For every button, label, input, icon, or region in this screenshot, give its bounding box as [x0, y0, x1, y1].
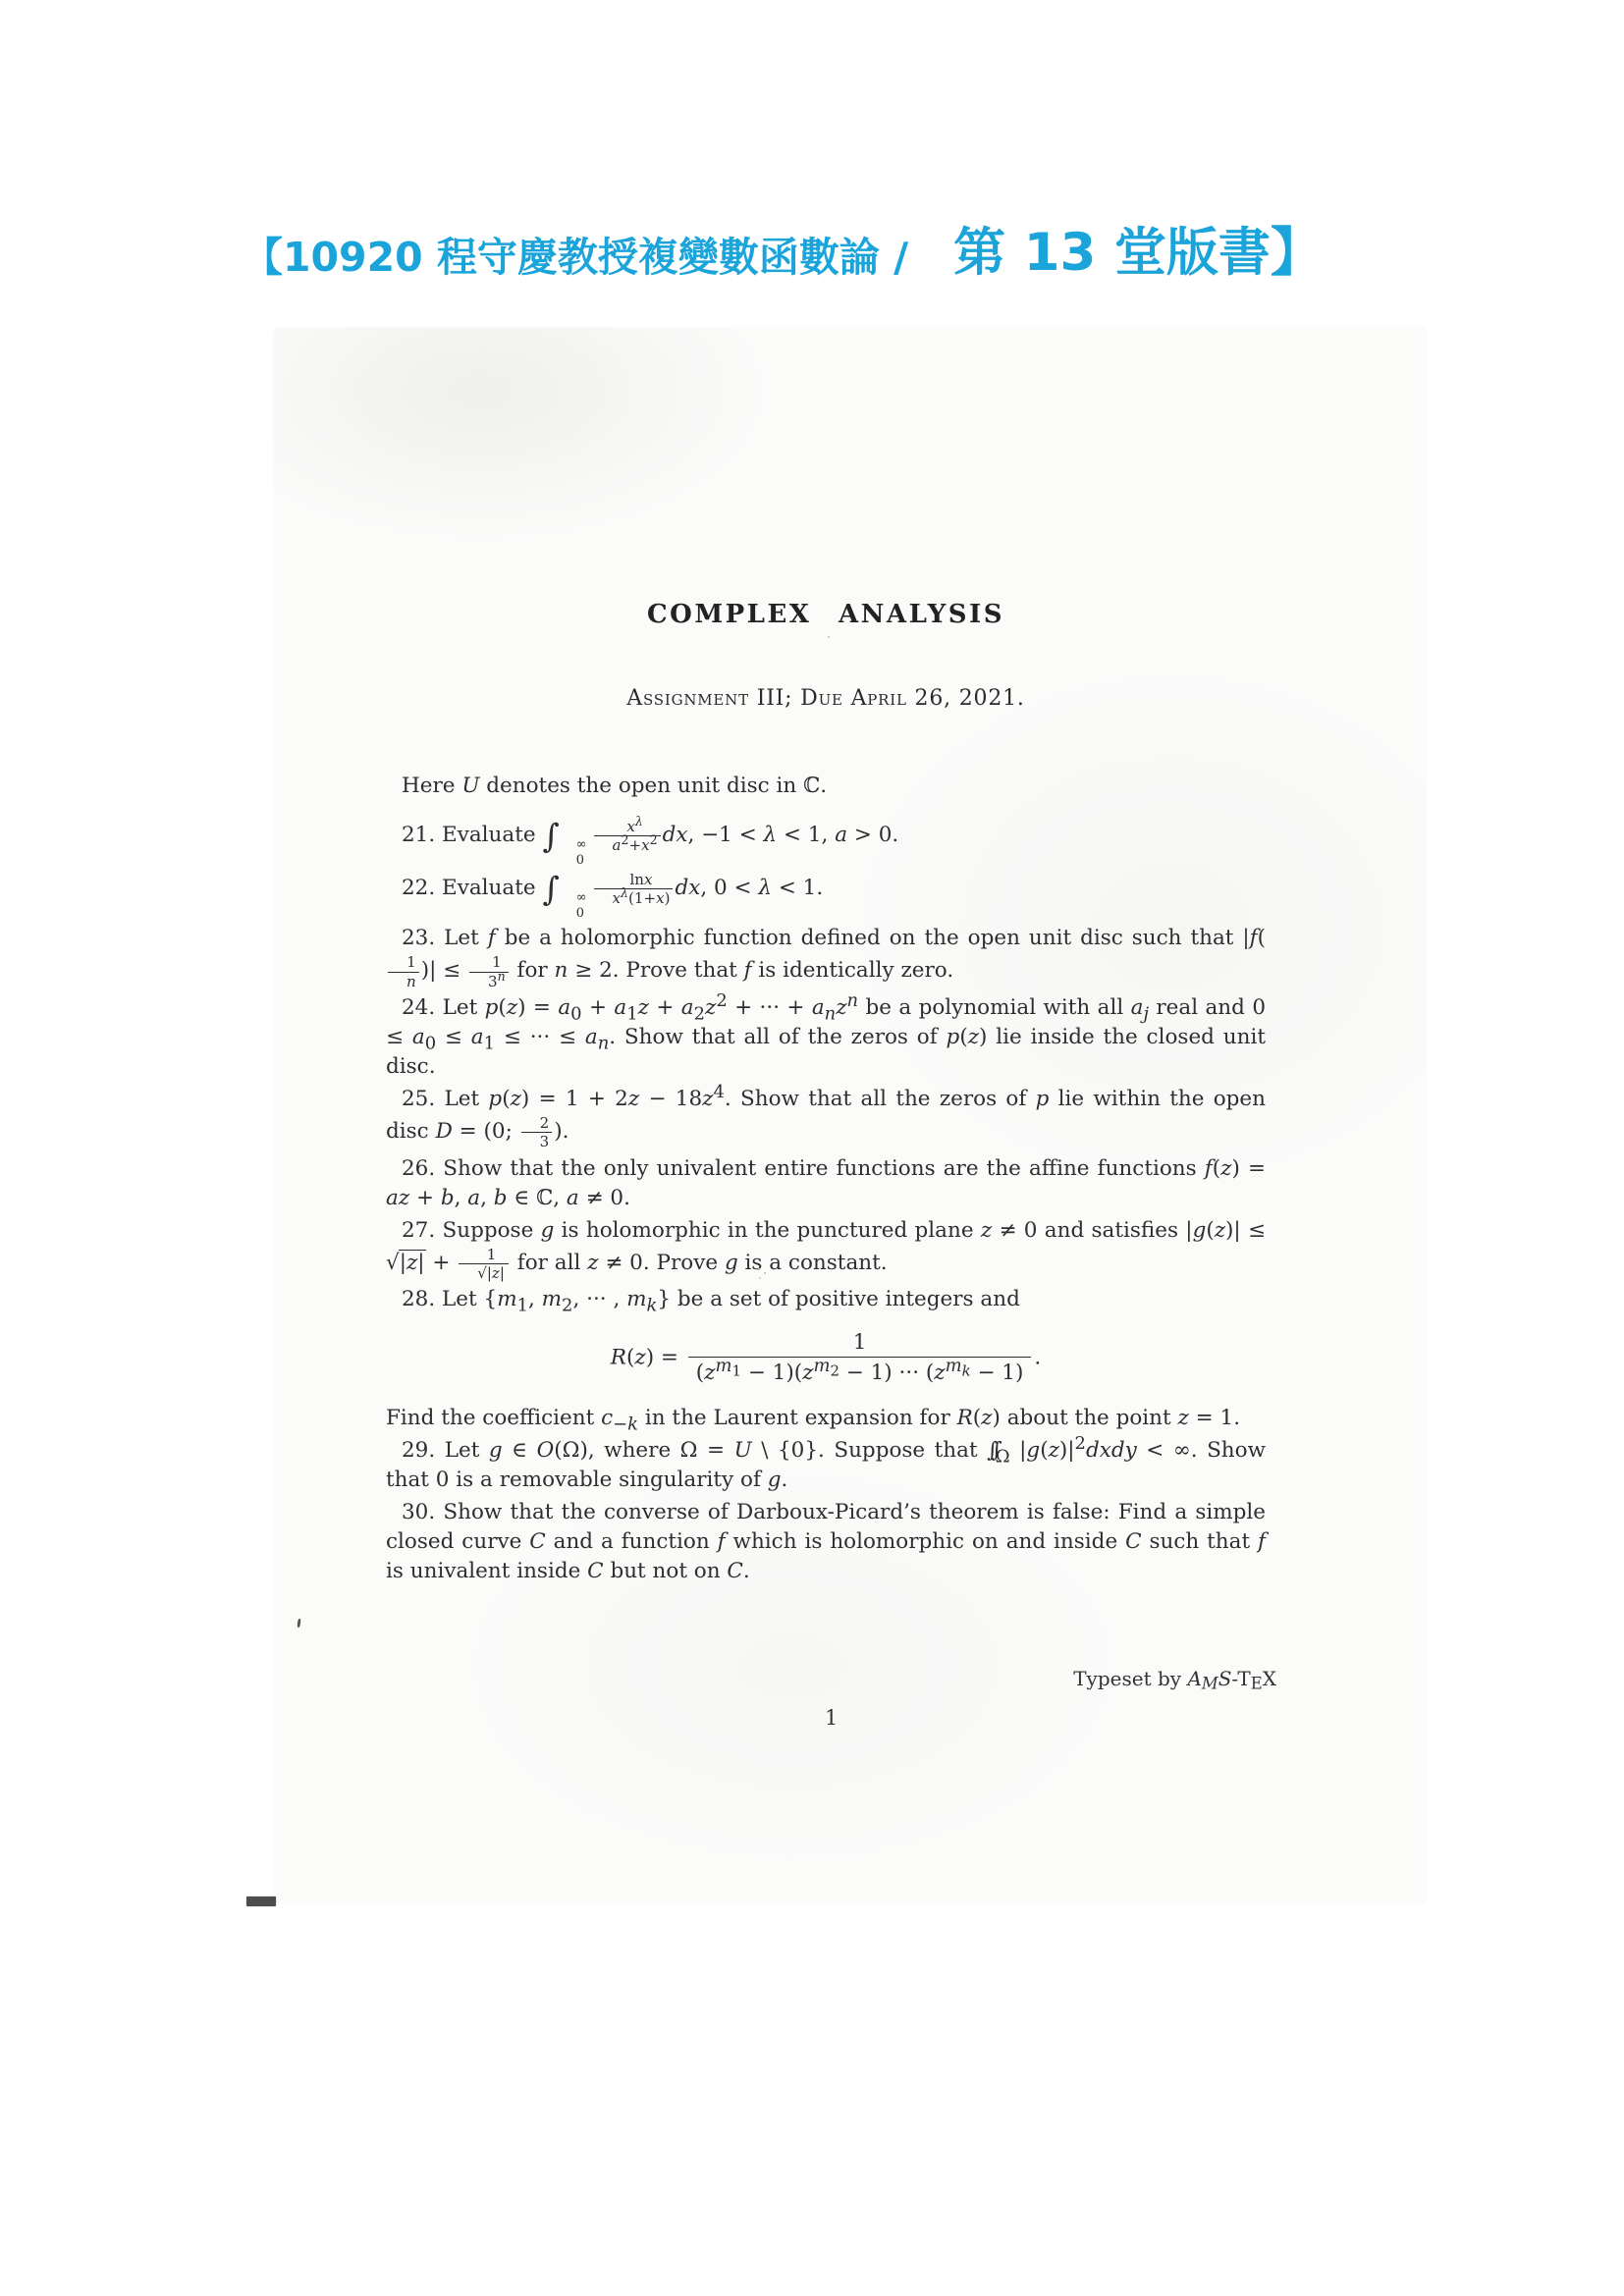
laurent-coefficient-line: Find the coefficient c−k in the Laurent … [386, 1404, 1266, 1433]
problem-23: 23. Let f be a holomorphic function defi… [386, 924, 1266, 990]
problem-22: 22. Evaluate ∫∞0lnxxλ(1+x)dx, 0 < λ < 1. [386, 871, 1266, 921]
page-number: 1 [825, 1706, 838, 1730]
scan-artifact-smudge [758, 1268, 760, 1270]
scan-artifact-smudge [828, 636, 830, 638]
document-title: COMPLEX ANALYSIS [386, 602, 1266, 627]
course-header-session: 第 13 堂版書】 [953, 227, 1323, 279]
problem-29: 29. Let g ∈ O(Ω), where Ω = U \ {0}. Sup… [386, 1436, 1266, 1495]
intro-line: Here U denotes the open unit disc in ℂ. [386, 772, 1266, 801]
scan-artifact-edge-bar [246, 1896, 276, 1906]
course-header: 【10920 程守慶教授複變數函數論 / 第 13 堂版書】 [243, 216, 1323, 279]
problem-25: 25. Let p(z) = 1 + 2z − 18z4. Show that … [386, 1085, 1266, 1151]
problem-30: 30. Show that the converse of Darboux-Pi… [386, 1498, 1266, 1586]
problem-28: 28. Let {m1, m2, ··· , mk} be a set of p… [386, 1285, 1266, 1314]
problem-21: 21. Evaluate ∫∞0xλa2+x2dx, −1 < λ < 1, a… [386, 818, 1266, 868]
problem-27: 27. Suppose g is holomorphic in the punc… [386, 1216, 1266, 1283]
course-header-code: 【10920 程守慶教授複變數函數論 / [243, 237, 908, 279]
typeset-credit: Typeset by AMS-TEX [1073, 1667, 1276, 1693]
scanned-assignment-page: { "header": { "accent_color": "#1ba4da",… [0, 0, 1624, 2296]
equation-28: R(z) = 1(zm1 − 1)(zm2 − 1) ··· (zmk − 1)… [386, 1329, 1266, 1387]
problem-26: 26. Show that the only univalent entire … [386, 1154, 1266, 1213]
assignment-body: Here U denotes the open unit disc in ℂ.2… [386, 769, 1266, 1589]
problem-24: 24. Let p(z) = a0 + a1z + a2z2 + ··· + a… [386, 993, 1266, 1082]
assignment-subtitle: Assignment III; Due April 26, 2021. [386, 688, 1266, 710]
